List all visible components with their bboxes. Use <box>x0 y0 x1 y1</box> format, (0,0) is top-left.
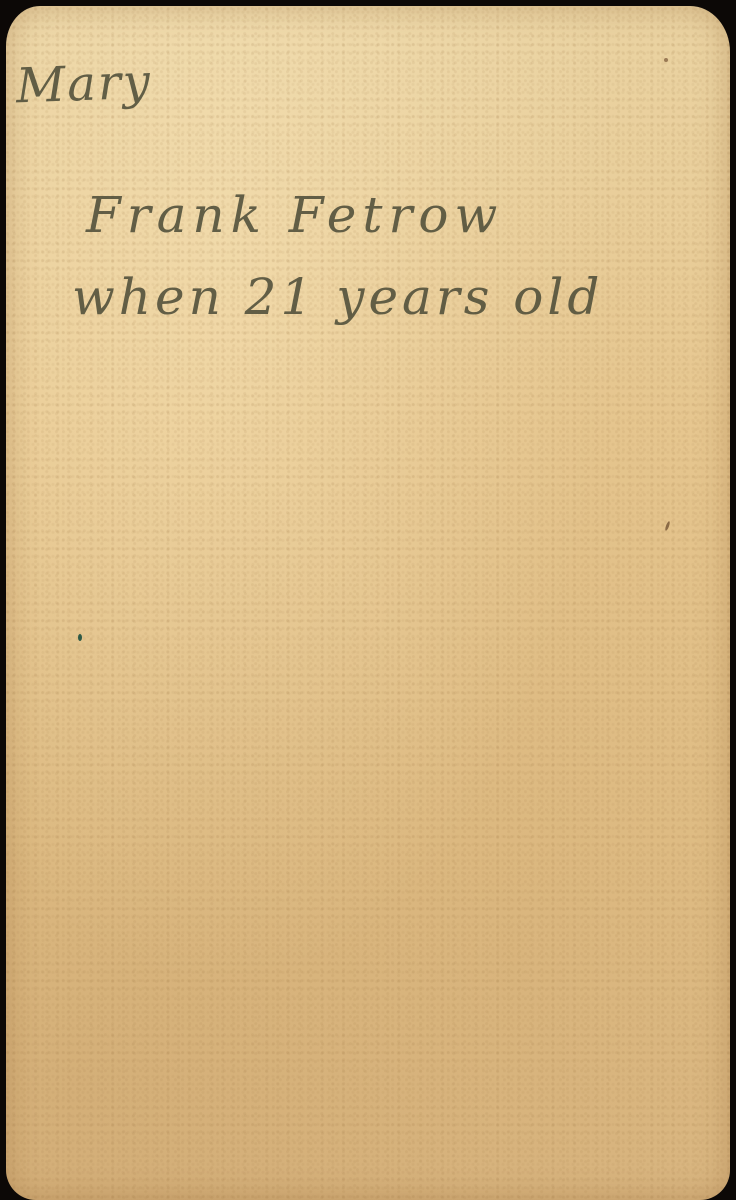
ink-speck <box>78 634 82 641</box>
photo-card-back: Mary Frank Fetrow when 21 years old <box>6 6 730 1200</box>
handwritten-name-mary: Mary <box>15 54 153 115</box>
handwritten-age-note: when 21 years old <box>72 268 603 326</box>
handwritten-name-frank-fetrow: Frank Fetrow <box>86 186 503 244</box>
paper-speck <box>664 58 668 62</box>
paper-blemish <box>664 521 670 531</box>
